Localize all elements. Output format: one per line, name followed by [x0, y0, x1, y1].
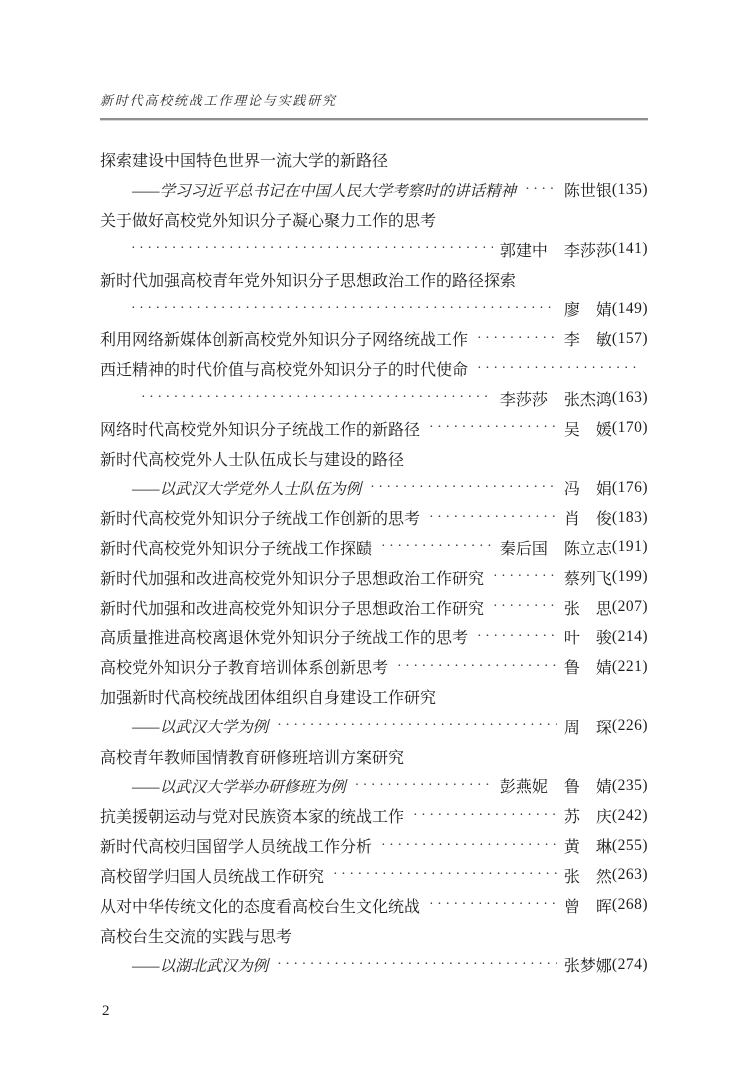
toc-leader-dots: ········································… — [131, 301, 557, 317]
toc-authors: 叶 骏 — [564, 625, 612, 648]
toc-leader-dots: ········································… — [477, 331, 557, 347]
toc-leader-dots: ········································… — [429, 510, 557, 526]
toc-line: 高校留学归国人员统战工作研究··························… — [100, 861, 648, 891]
toc-page-number: (163) — [612, 389, 648, 407]
toc-leader-dots: ········································… — [493, 569, 557, 585]
toc-line: 加强新时代高校统战团体组织自身建设工作研究 — [100, 682, 648, 712]
toc-entry-text: 高校台生交流的实践与思考 — [100, 924, 292, 947]
toc-page-number: (242) — [612, 807, 648, 825]
toc-line: ——以湖北武汉为例·······························… — [100, 950, 648, 980]
toc-leader-dots: ········································… — [277, 718, 557, 734]
toc-page-number: (149) — [612, 300, 648, 318]
toc-authors: 彭燕妮 鲁 婧 — [500, 774, 612, 797]
toc-line: 网络时代高校党外知识分子统战工作的新路径····················… — [100, 413, 648, 443]
toc-page-number: (199) — [612, 568, 648, 586]
toc-authors: 鲁 婧 — [564, 655, 612, 678]
toc-line: 新时代加强和改进高校党外知识分子思想政治工作研究················… — [100, 592, 648, 622]
toc-entry-text: ——以武汉大学举办研修班为例 — [132, 775, 346, 797]
toc-authors: 秦后国 陈立志 — [500, 536, 612, 559]
toc-line: ········································… — [100, 384, 648, 414]
toc-leader-dots: ········································… — [477, 629, 557, 645]
toc-authors: 张 然 — [564, 864, 612, 887]
toc-leader-dots: ········································… — [429, 897, 557, 913]
toc-page-number: (135) — [612, 181, 648, 199]
toc-line: ——以武汉大学为例·······························… — [100, 711, 648, 741]
toc-line: 新时代高校党外知识分子统战工作创新的思考····················… — [100, 503, 648, 533]
toc-entry-text: 西迁精神的时代价值与高校党外知识分子的时代使命 — [100, 357, 468, 380]
toc-authors: 曾 晖 — [564, 894, 612, 917]
toc-leader-dots: ········································… — [141, 390, 493, 406]
toc-line: ········································… — [100, 294, 648, 324]
toc-authors: 李莎莎 张杰鸿 — [500, 387, 612, 410]
toc-line: 新时代高校党外知识分子统战工作探赜·······················… — [100, 533, 648, 563]
toc-line: 新时代加强和改进高校党外知识分子思想政治工作研究················… — [100, 562, 648, 592]
toc-authors: 苏 庆 — [564, 804, 612, 827]
toc-page-number: (235) — [612, 777, 648, 795]
toc-line: 高校党外知识分子教育培训体系创新思考······················… — [100, 652, 648, 682]
toc-authors: 张梦娜 — [564, 953, 612, 976]
table-of-contents: 探索建设中国特色世界一流大学的新路径——学习习近平总书记在中国人民大学考察时的讲… — [100, 145, 648, 980]
toc-entry-text: ——以武汉大学党外人士队伍为例 — [132, 477, 361, 499]
toc-line: ········································… — [100, 234, 648, 264]
toc-line: 高质量推进高校离退休党外知识分子统战工作的思考·················… — [100, 622, 648, 652]
toc-entry-text: 新时代加强高校青年党外知识分子思想政治工作的路径探索 — [100, 268, 516, 291]
toc-line: ——学习习近平总书记在中国人民大学考察时的讲话精神···············… — [100, 175, 648, 205]
toc-authors: 张 思 — [564, 596, 612, 619]
toc-leader-dots: ········································… — [333, 867, 557, 883]
toc-entry-text: 从对中华传统文化的态度看高校台生文化统战 — [100, 894, 420, 917]
toc-line: 抗美援朝运动与党对民族资本家的统战工作·····················… — [100, 801, 648, 831]
toc-line: ——以武汉大学举办研修班为例··························… — [100, 771, 648, 801]
toc-entry-text: 新时代高校归国留学人员统战工作分析 — [100, 834, 372, 857]
toc-entry-text: 高校党外知识分子教育培训体系创新思考 — [100, 655, 388, 678]
toc-authors: 郭建中 李莎莎 — [500, 238, 612, 261]
toc-entry-text: ——学习习近平总书记在中国人民大学考察时的讲话精神 — [132, 179, 516, 201]
toc-entry-text: 高校留学归国人员统战工作研究 — [100, 864, 324, 887]
toc-line: 新时代加强高校青年党外知识分子思想政治工作的路径探索 — [100, 264, 648, 294]
toc-line: 新时代高校归国留学人员统战工作分析·······················… — [100, 831, 648, 861]
running-header: 新时代高校统战工作理论与实践研究 — [100, 90, 337, 109]
toc-page-number: (263) — [612, 866, 648, 884]
toc-page-number: (176) — [612, 479, 648, 497]
document-page: 新时代高校统战工作理论与实践研究 探索建设中国特色世界一流大学的新路径——学习习… — [0, 0, 750, 1084]
toc-entry-text: 关于做好高校党外知识分子凝心聚力工作的思考 — [100, 208, 436, 231]
toc-authors: 蔡列飞 — [564, 566, 612, 589]
page-number: 2 — [102, 1003, 110, 1020]
toc-page-number: (157) — [612, 330, 648, 348]
toc-leader-dots: ········································… — [397, 659, 557, 675]
toc-leader-dots: ········································… — [355, 778, 493, 794]
toc-line: 新时代高校党外人士队伍成长与建设的路径 — [100, 443, 648, 473]
toc-authors: 黄 琳 — [564, 834, 612, 857]
toc-leader-dots: ········································… — [370, 480, 557, 496]
toc-entry-text: 新时代高校党外知识分子统战工作创新的思考 — [100, 506, 420, 529]
toc-leader-dots: ········································… — [131, 241, 493, 257]
toc-page-number: (170) — [612, 419, 648, 437]
toc-leader-dots: ········································… — [381, 539, 493, 555]
toc-authors: 李 敏 — [564, 327, 612, 350]
toc-leader-dots: ········································… — [477, 361, 641, 377]
toc-line: 西迁精神的时代价值与高校党外知识分子的时代使命·················… — [100, 354, 648, 384]
toc-page-number: (191) — [612, 538, 648, 556]
toc-page-number: (255) — [612, 837, 648, 855]
toc-entry-text: 新时代加强和改进高校党外知识分子思想政治工作研究 — [100, 566, 484, 589]
toc-entry-text: 加强新时代高校统战团体组织自身建设工作研究 — [100, 685, 436, 708]
toc-entry-text: 网络时代高校党外知识分子统战工作的新路径 — [100, 417, 420, 440]
toc-page-number: (207) — [612, 598, 648, 616]
toc-leader-dots: ········································… — [413, 808, 557, 824]
toc-leader-dots: ········································… — [493, 599, 557, 615]
toc-page-number: (268) — [612, 896, 648, 914]
toc-page-number: (183) — [612, 509, 648, 527]
toc-leader-dots: ········································… — [429, 420, 557, 436]
toc-line: 利用网络新媒体创新高校党外知识分子网络统战工作·················… — [100, 324, 648, 354]
toc-line: 高校台生交流的实践与思考 — [100, 920, 648, 950]
toc-authors: 肖 俊 — [564, 506, 612, 529]
toc-entry-text: 抗美援朝运动与党对民族资本家的统战工作 — [100, 804, 404, 827]
toc-authors: 陈世银 — [564, 178, 612, 201]
toc-leader-dots: ········································… — [525, 182, 557, 198]
toc-line: 高校青年教师国情教育研修班培训方案研究 — [100, 741, 648, 771]
toc-page-number: (141) — [612, 240, 648, 258]
toc-page-number: (221) — [612, 658, 648, 676]
toc-entry-text: 新时代高校党外知识分子统战工作探赜 — [100, 536, 372, 559]
toc-authors: 吴 媛 — [564, 417, 612, 440]
toc-line: 从对中华传统文化的态度看高校台生文化统战····················… — [100, 890, 648, 920]
toc-entry-text: 高校青年教师国情教育研修班培训方案研究 — [100, 745, 404, 768]
toc-line: 探索建设中国特色世界一流大学的新路径 — [100, 145, 648, 175]
toc-entry-text: 利用网络新媒体创新高校党外知识分子网络统战工作 — [100, 327, 468, 350]
toc-entry-text: 新时代加强和改进高校党外知识分子思想政治工作研究 — [100, 596, 484, 619]
toc-entry-text: 高质量推进高校离退休党外知识分子统战工作的思考 — [100, 625, 468, 648]
toc-authors: 廖 婧 — [564, 297, 612, 320]
header-rule — [100, 118, 648, 121]
toc-entry-text: 探索建设中国特色世界一流大学的新路径 — [100, 148, 388, 171]
toc-entry-text: 新时代高校党外人士队伍成长与建设的路径 — [100, 447, 404, 470]
toc-authors: 周 琛 — [564, 715, 612, 738]
toc-page-number: (226) — [612, 717, 648, 735]
toc-page-number: (214) — [612, 628, 648, 646]
toc-line: ——以武汉大学党外人士队伍为例·························… — [100, 473, 648, 503]
toc-leader-dots: ········································… — [381, 838, 557, 854]
toc-entry-text: ——以湖北武汉为例 — [132, 954, 268, 976]
toc-leader-dots: ········································… — [277, 957, 557, 973]
toc-authors: 冯 娟 — [564, 476, 612, 499]
toc-page-number: (274) — [612, 956, 648, 974]
toc-entry-text: ——以武汉大学为例 — [132, 715, 268, 737]
toc-line: 关于做好高校党外知识分子凝心聚力工作的思考 — [100, 205, 648, 235]
